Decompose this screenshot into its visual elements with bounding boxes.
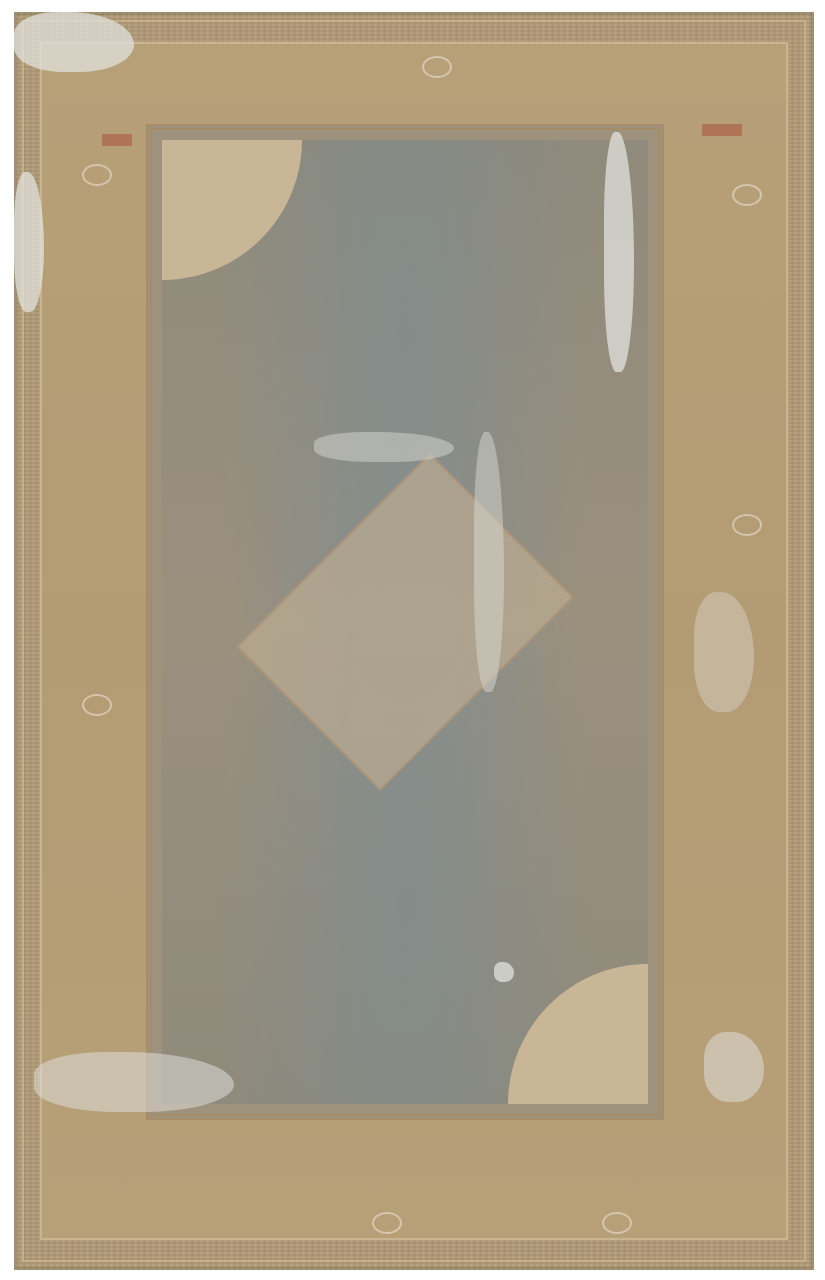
corner-spandrel-top-left (162, 140, 302, 280)
red-motif (702, 124, 742, 136)
wear-patch (314, 432, 454, 462)
rosette-motif (82, 164, 112, 186)
rosette-motif (82, 694, 112, 716)
wear-patch (494, 962, 514, 982)
central-field (162, 140, 648, 1104)
red-motif (102, 134, 132, 146)
rosette-motif (422, 56, 452, 78)
rosette-motif (732, 184, 762, 206)
corner-spandrel-bottom-right (508, 964, 648, 1104)
rug (14, 12, 814, 1270)
rosette-motif (372, 1212, 402, 1234)
rosette-motif (732, 514, 762, 536)
inner-guard-border (146, 124, 664, 1120)
central-medallion (236, 453, 574, 791)
rosette-motif (602, 1212, 632, 1234)
